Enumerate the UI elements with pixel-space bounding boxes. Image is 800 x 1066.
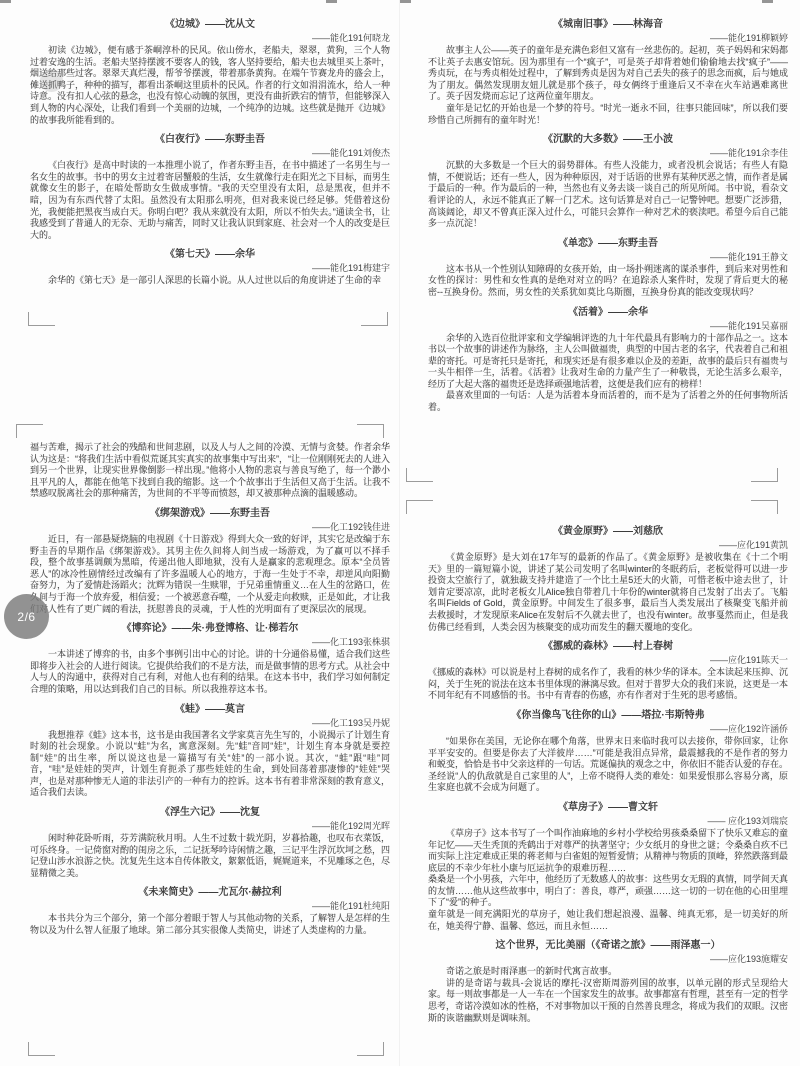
book-title: 《绑架游戏》——东野圭吾 [30,507,390,520]
review-paragraph: 本书共分为三个部分，第一个部分着眼于智人与其他动物的关系，了解智人是怎样的生物以… [30,913,390,936]
corner-mark-icon [751,500,778,514]
review-paragraph: 余华的入选百位批评家和文学编辑评选的九十年代最具有影响力的十部作品之一。这本书以… [428,333,788,391]
corner-mark-icon [357,424,384,438]
reviewer-byline: ——应化191陈天一 [428,654,788,666]
book-title: 《草房子》——曹文轩 [428,801,788,814]
book-title: 《未来简史》——尤瓦尔·赫拉利 [30,886,390,899]
corner-mark-icon [406,468,433,482]
book-title: 《城南旧事》——林海音 [428,18,788,31]
book-title: 这个世界，无比美丽（《奇诺之旅》——雨泽惠一） [428,939,788,952]
reviewer-byline: ——能化191刘俊杰 [30,147,390,159]
book-title: 《沉默的大多数》——王小波 [428,133,788,146]
review-paragraph: 讲的是奇诺与载具-会说话的摩托-汉密斯周游列国的故事，以单元剧的形式呈现给大家。… [428,978,788,1024]
clipped-corner-tick [400,0,411,3]
page-left-bottom: 福与苦难，揭示了社会的残酷和世间悲剧，以及人与人之间的冷漠、无情与贪婪。作者余华… [0,442,400,1042]
review-paragraph: 一本讲述了博弈的书，由多个事例引出中心的讨论。讲的十分通俗易懂，适合我们这些即将… [30,649,390,695]
page-indicator-badge: 2/6 [4,594,49,639]
corner-mark-icon [357,1042,384,1056]
review-paragraph: 我想推荐《蛙》这本书，这书是由我国著名文学家莫言先生写的，小说揭示了计划生育时刻… [30,730,390,800]
book-title: 《蛙》——莫言 [30,703,390,716]
book-title: 《第七天》——余华 [30,248,390,261]
book-title: 《白夜行》——东野圭吾 [30,133,390,146]
reviewer-byline: ——应化191黄凯 [428,539,788,551]
reviewer-byline: ——能化191余李佳 [428,147,788,159]
reviewer-byline: ——能化191柳颖婷 [428,32,788,44]
reviewer-byline: ——能化191吴嘉丽 [428,320,788,332]
review-paragraph: 沉默的大多数是一个巨大的弱势群体。有些人没能力，或者没机会说话；有些人有隐情，不… [428,160,788,230]
reviewer-byline: ——应化192许涵侨 [428,723,788,735]
book-title: 《单恋》——东野圭吾 [428,237,788,250]
page-corner-marks-bottom [28,1042,384,1056]
book-title: 《边城》——沈从文 [30,18,390,31]
review-paragraph: 童年是记忆的开始也是一个梦的符号。“时光一逝永不回，往事只能回味”，所以我们要珍… [428,103,788,126]
reading-notes-document-collage: 《边城》——沈从文——能化191何晓龙初读《边城》，便有感于茶峒淳朴的民风。依山… [0,0,800,1066]
corner-mark-icon [28,1042,55,1056]
review-paragraph: 《黄金原野》是大刘在17年写的最新的作品了。《黄金原野》是被收集在《十二个明天》… [428,552,788,633]
review-paragraph: 奇诺之旅是时雨泽惠一的新时代寓言故事。 [428,966,788,978]
page-corner-marks-top [406,500,778,514]
reviewer-byline: ——化工193吴丹妮 [30,717,390,729]
review-paragraph: 《白夜行》是高中时读的一本推理小说了，作者东野圭吾，在书中描述了一名男生与一名女… [30,160,390,241]
review-paragraph: 故事主人公——英子的童年是充满色彩但又富有一丝悲伤的。起初，英子妈妈和宋妈都不让… [428,45,788,103]
review-paragraph: 《草房子》这本书写了一个叫作油麻地的乡村小学校给男孩桑桑留下了快乐又难忘的童年记… [428,828,788,874]
review-paragraph: 《挪威的森林》可以说是村上春树的成名作了，我看的林少华的译本。全本读起来压抑、沉… [428,667,788,702]
review-paragraph: 最喜欢里面的一句话：人是为活着本身而活着的，而不是为了活着之外的任何事物所活着。 [428,390,788,413]
book-title: 《博弈论》——朱·弗登博格、让·梯若尔 [30,622,390,635]
book-title: 《浮生六记》——沈复 [30,806,390,819]
reviewer-byline: ——能化191何晓龙 [30,32,390,44]
reviewer-byline: ——能化191梅建宇 [30,262,390,274]
book-title: 《活着》——余华 [428,306,788,319]
review-paragraph: 余华的《第七天》是一部引人深思的长篇小说。从人过世以后的角度讲述了生命的幸 [30,275,390,287]
review-paragraph: 童年就是一间充满阳光的草房子，她让我们想起浪漫、温馨、纯真无邪，是一切美好的所在… [428,909,788,932]
book-title: 《你当像鸟飞往你的山》——塔拉·韦斯特弗 [428,709,788,722]
review-paragraph: 闲时种花卧听雨，芬芳满院秋月明。人生不过数十载光阴，岁暮拾趣，也叹布衣菜饭，可乐… [30,833,390,879]
clipped-corner-tick [762,0,773,3]
page-right-bottom: 《黄金原野》——刘慈欣——应化191黄凯《黄金原野》是大刘在17年写的最新的作品… [400,518,800,1066]
review-paragraph: 福与苦难，揭示了社会的残酷和世间悲剧，以及人与人之间的冷漠、无情与贪婪。作者余华… [30,442,390,500]
review-paragraph: 初读《边城》，便有感于茶峒淳朴的民风。依山傍水，老船夫，翠翠，黄狗，三个人物过着… [30,45,390,126]
review-paragraph: 这本书从一个性别认知障碍的女孩开始，由一场扑朔迷离的谋杀事件，到后来对男性和女性… [428,264,788,299]
page-right-top: 《城南旧事》——林海音——能化191柳颖婷故事主人公——英子的童年是充满色彩但又… [400,0,800,466]
corner-mark-icon [751,468,778,482]
reviewer-byline: ——化工193张株骐 [30,636,390,648]
reviewer-byline: ——能化192周光晖 [30,820,390,832]
review-paragraph: “如果你在美国，无论你在哪个角落，世界末日来临时我可以去接你，带你回家，让你平平… [428,736,788,794]
reviewer-byline: —— 应化193刘瑞宸 [428,815,788,827]
page-indicator-ghost [40,69,63,92]
page-corner-marks-bottom [406,468,778,482]
clipped-corner-tick [0,0,11,3]
reviewer-byline: ——化工192钱佳进 [30,521,390,533]
page-left-top: 《边城》——沈从文——能化191何晓龙初读《边城》，便有感于茶峒淳朴的民风。依山… [0,0,400,318]
book-title: 《挪威的森林》——村上春树 [428,640,788,653]
reviewer-byline: ——应化193施耀安 [428,953,788,965]
corner-mark-icon [406,500,433,514]
book-title: 《黄金原野》——刘慈欣 [428,525,788,538]
reviewer-byline: ——能化191王静文 [428,251,788,263]
clipped-corner-tick [326,0,337,3]
corner-mark-icon [16,424,43,438]
page-corner-marks-top [16,424,384,438]
reviewer-byline: ——能化191杜纯阳 [30,900,390,912]
review-paragraph: 近日，有一部悬疑烧脑的电视剧《十日游戏》得到大众一致的好评，其实它是改编于东野圭… [30,534,390,615]
review-paragraph: 桑桑是一个小男孩，六年中，他经历了无数感人的故事：这些男女无瑕的真情，同学间天真… [428,874,788,909]
